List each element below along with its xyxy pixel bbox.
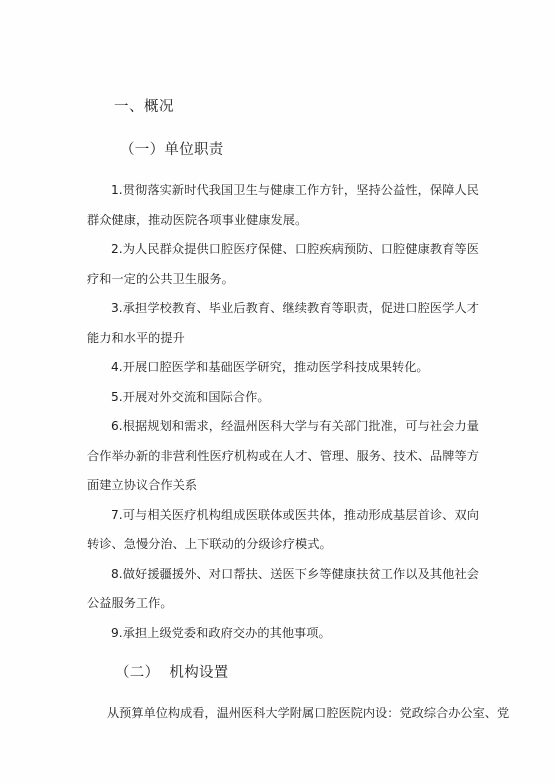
- duty-paragraph-7: 7.可与相关医疗机构组成医联体或医共体，推动形成基层首诊、双向转诊、急慢分治、上…: [87, 501, 479, 560]
- subsection-title: 机构设置: [169, 665, 228, 681]
- duty-paragraph-2: 2.为人民群众提供口腔医疗保健、口腔疾病预防、口腔健康教育等医疗和一定的公共卫生…: [87, 235, 479, 294]
- duty-paragraph-6: 6.根据规划和需求，经温州医科大学与有关部门批准，可与社会力量合作举办新的非营利…: [87, 412, 479, 501]
- duty-paragraph-5: 5.开展对外交流和国际合作。: [87, 383, 479, 413]
- duty-paragraph-4: 4.开展口腔医学和基础医学研究，推动医学科技成果转化。: [87, 353, 479, 383]
- duty-paragraph-3: 3.承担学校教育、毕业后教育、继续教育等职责，促进口腔医学人才能力和水平的提升: [87, 294, 479, 353]
- duties-list: 1.贯彻落实新时代我国卫生与健康工作方针，坚持公益性，保障人民群众健康，推动医院…: [87, 176, 479, 648]
- duty-paragraph-1: 1.贯彻落实新时代我国卫生与健康工作方针，坚持公益性，保障人民群众健康，推动医院…: [87, 176, 479, 235]
- organization-paragraph: 从预算单位构成看，温州医科大学附属口腔医院内设：党政综合办公室、党: [107, 703, 479, 723]
- duty-paragraph-8: 8.做好援疆援外、对口帮扶、送医下乡等健康扶贫工作以及其他社会公益服务工作。: [87, 560, 479, 619]
- duty-paragraph-9: 9.承担上级党委和政府交办的其他事项。: [87, 619, 479, 649]
- subsection-heading-organization: （二）机构设置: [115, 661, 229, 682]
- document-page: 一、概况 （一）单位职责 1.贯彻落实新时代我国卫生与健康工作方针，坚持公益性，…: [0, 0, 555, 784]
- subsection-heading-duties: （一）单位职责: [120, 138, 224, 159]
- section-heading: 一、概况: [114, 95, 174, 116]
- subsection-number: （二）: [115, 665, 159, 681]
